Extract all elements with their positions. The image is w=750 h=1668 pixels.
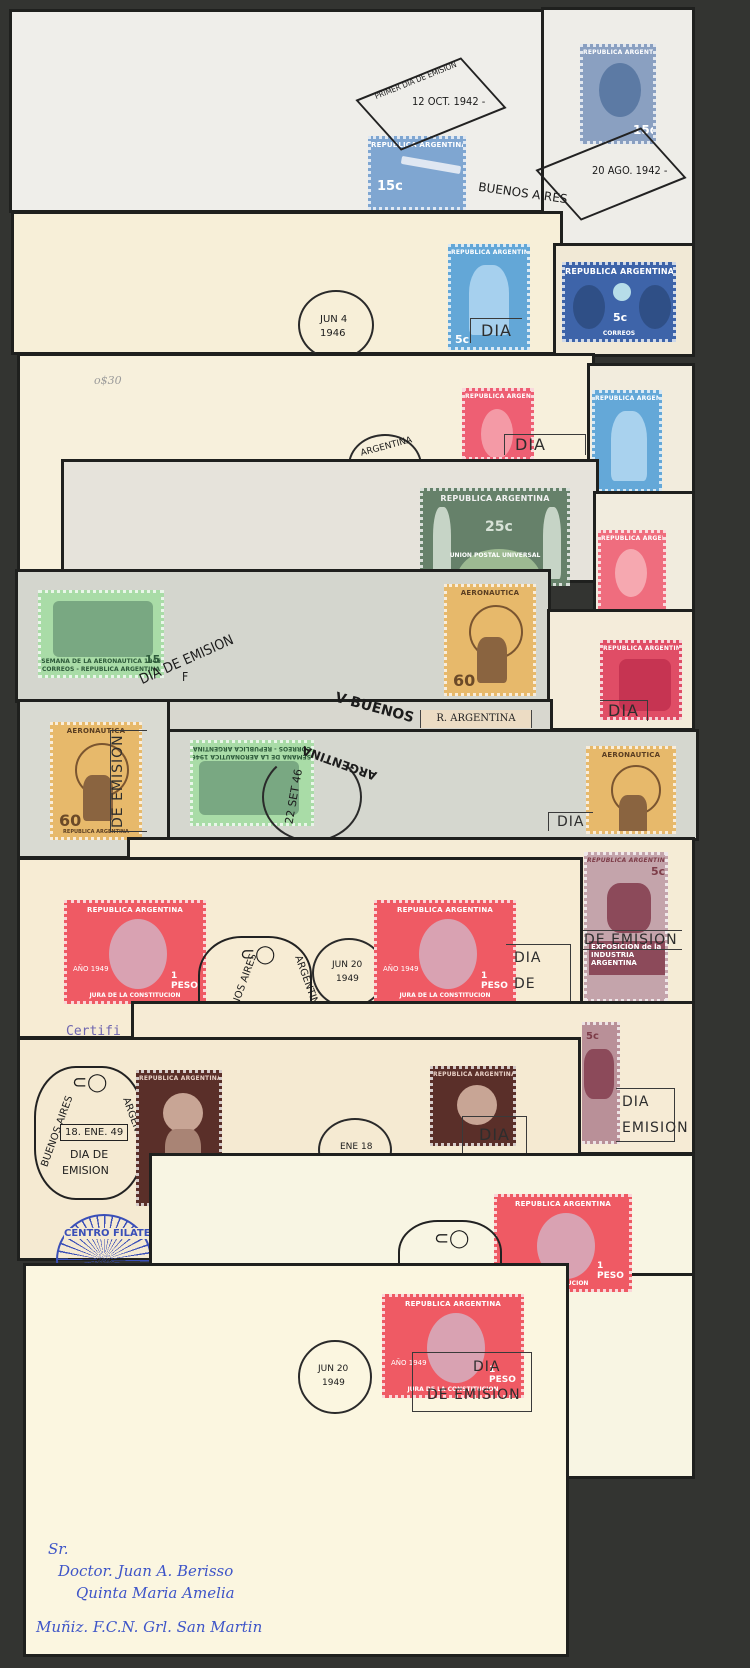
slogan-line-1: DIA	[622, 1094, 650, 1110]
slogan-cancel-dia-3: DIA	[600, 700, 648, 721]
stamp-blue-allegory-2: REPUBLICA ARGENTINA	[592, 390, 662, 492]
postmark-circle-jun-1946: JUN 4 1946	[298, 290, 374, 360]
label-r-argentina: R. ARGENTINA	[420, 710, 532, 728]
address-salutation: Sr.	[48, 1540, 69, 1558]
postmark-diamond-oct: 12 OCT. 1942 - PRIMER DIA DE EMISION	[360, 62, 500, 142]
stamp-60c-aeronautica: AERONAUTICA 60	[444, 584, 536, 696]
postmark-diamond-ago: 20 AGO. 1942 -	[540, 130, 680, 210]
slogan-line-1: DIA	[514, 950, 542, 966]
address-name: Doctor. Juan A. Berisso	[58, 1562, 233, 1580]
stamp-5c-two-portraits: REPUBLICA ARGENTINA 5c CORREOS	[562, 262, 676, 342]
typed-note-certifi: Certifi	[66, 1024, 121, 1039]
slogan-dia-emision-lilac: DIA EMISION	[616, 1088, 675, 1142]
pencil-note: o$30	[94, 374, 122, 387]
stamp-red-portrait-2: REPUBLICA ARGENTINA	[598, 530, 666, 612]
postmark-hexagon-18-ene-49: ⊂◯ BUENOS AIRES ARGENTINA 18. ENE. 49 DI…	[34, 1066, 144, 1200]
slogan-cancel-dia-4: DIA	[548, 812, 593, 831]
postmark-22-set-46: 22 SET 46 ARGENTINA	[262, 752, 362, 842]
slogan-dia-de-emision-c: DIA DE EMISION	[412, 1352, 532, 1412]
slogan-cancel-dia-2: DIA	[504, 434, 586, 455]
stamp-15c-faro: REPUBLICA ARGENTINA 15c	[368, 136, 466, 210]
postmark-dia-de-emision-f: DIA DE EMISION F	[122, 636, 252, 706]
stamp-5c-lilac: 5c	[582, 1022, 620, 1144]
postmark-jun-20-1949-c: JUN 20 1949	[298, 1340, 372, 1414]
stamp-1peso-constitucion-1: REPUBLICA ARGENTINA AÑO 1949 1 PESO JURA…	[64, 900, 206, 1004]
stamp-1peso-constitucion-2: REPUBLICA ARGENTINA AÑO 1949 1 PESO JURA…	[374, 900, 516, 1004]
slogan-line-2: EMISION	[622, 1120, 689, 1136]
slogan-line-1: DIA	[473, 1359, 501, 1375]
address-estate: Quinta Maria Amelia	[76, 1584, 235, 1602]
address-locality: Muñiz. F.C.N. Grl. San Martin	[36, 1618, 262, 1636]
stamp-15c-portrait: REPUBLICA ARGENTINA 15c	[580, 44, 656, 144]
stamp-5c-industria: REPUBLICA ARGENTINA 5c EXPOSICION de la …	[584, 852, 668, 1002]
slogan-cancel-dia-5: DIA	[462, 1116, 527, 1153]
slogan-dia-de-emision-industria: DE EMISION	[580, 930, 682, 950]
stamp-60c-aeronautica-c: AERONAUTICA	[586, 746, 676, 834]
slogan-de-emision-vertical: DE EMISION	[110, 730, 147, 832]
slogan-cancel-dia: DIA	[470, 318, 522, 343]
slogan-line-2: DE EMISION	[427, 1387, 521, 1403]
slogan-dia-de-emision-constitucion: DIA DE EMISION	[506, 944, 571, 1002]
cover-constitucion-b-lower	[566, 1276, 692, 1476]
